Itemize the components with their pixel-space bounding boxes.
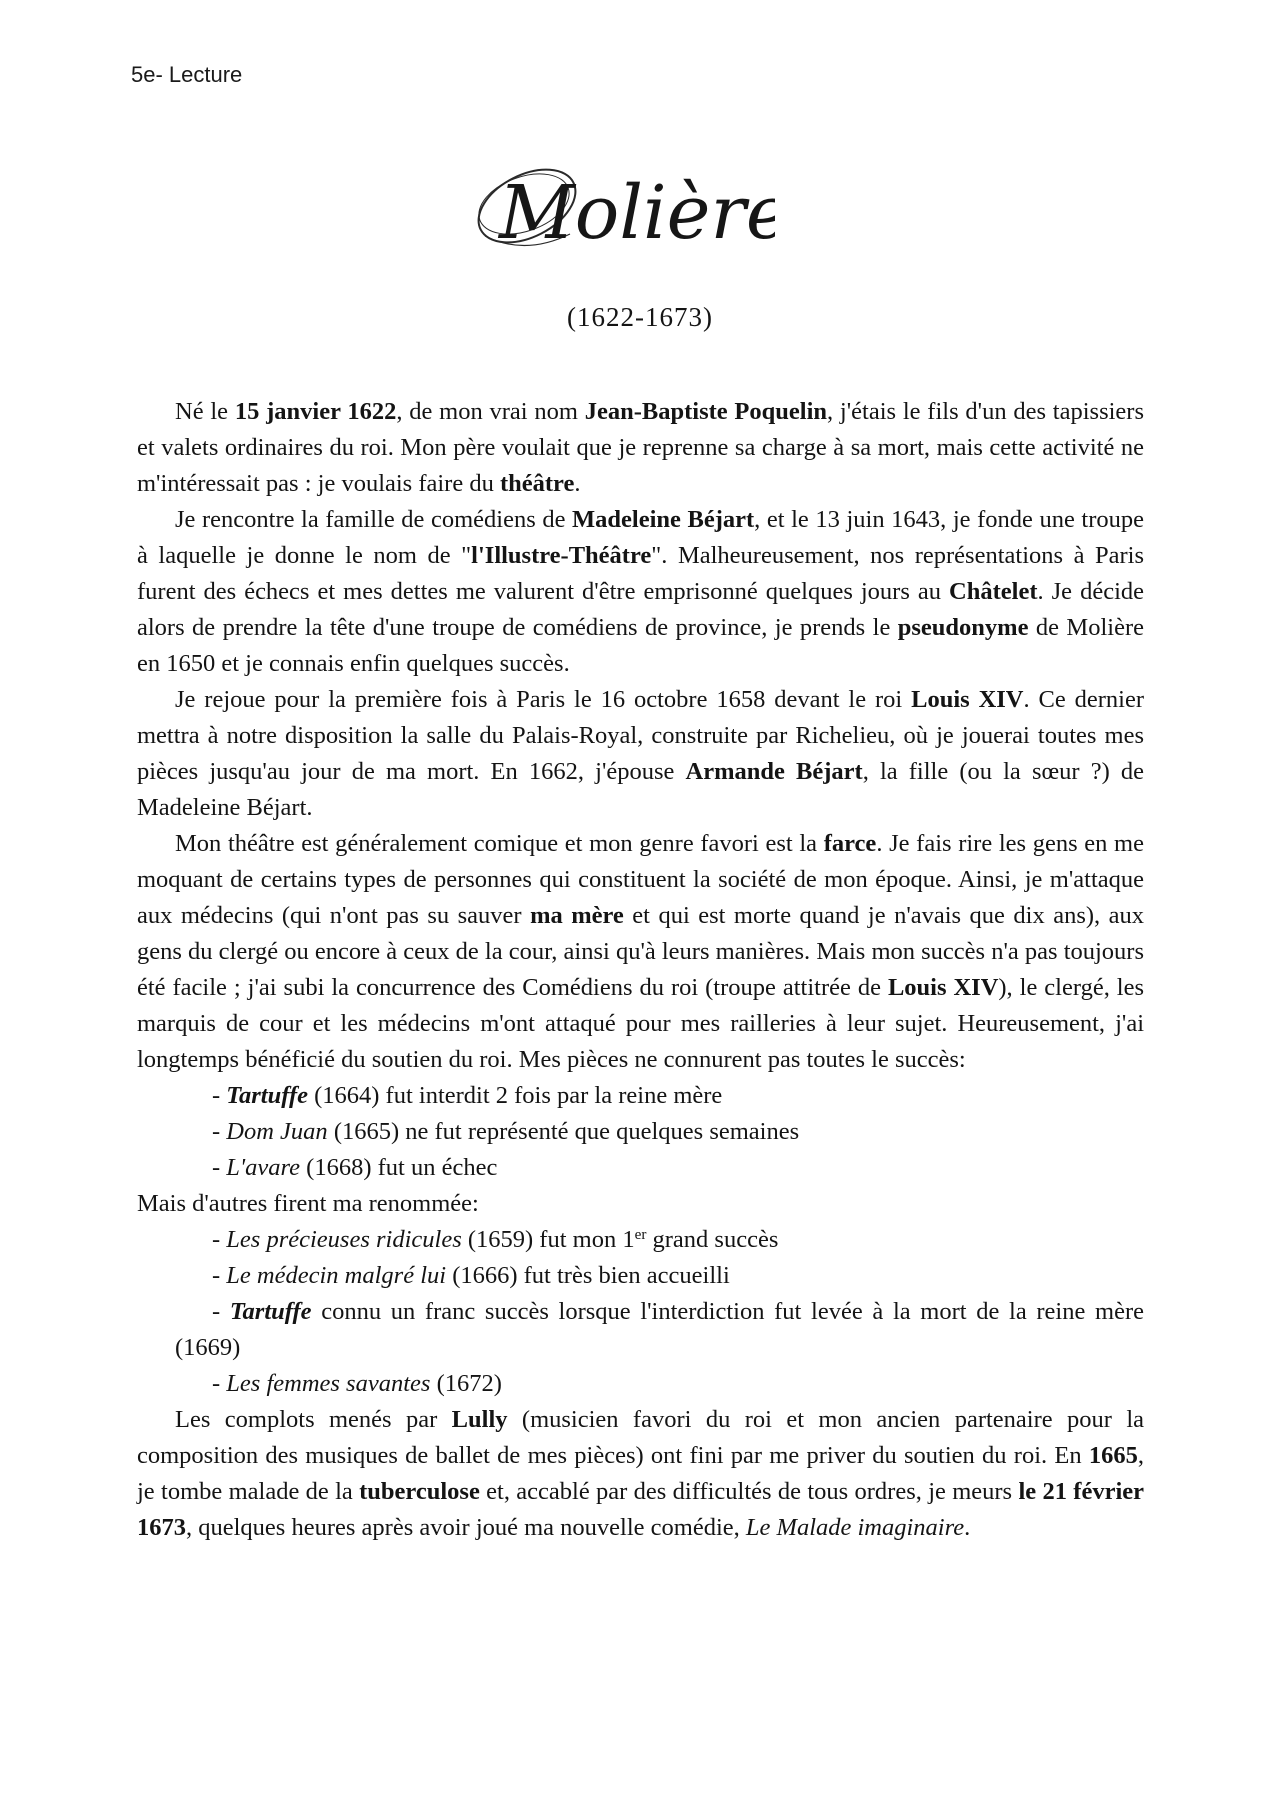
text-run: L'avare — [226, 1154, 300, 1181]
text-run: Le médecin malgré lui — [226, 1262, 446, 1289]
document-page: 5e- Lecture Molière (1622-1673) Né le 15… — [0, 0, 1280, 1811]
text-run: 15 janvier 1622 — [235, 398, 396, 425]
logo-title-text: Molière — [497, 170, 775, 256]
text-run: - — [212, 1226, 226, 1253]
text-run: Louis XIV — [911, 686, 1023, 713]
paragraph: - L'avare (1668) fut un échec — [175, 1150, 1144, 1186]
text-run: Armande Béjart — [686, 758, 863, 785]
paragraph: - Tartuffe (1664) fut interdit 2 fois pa… — [175, 1078, 1144, 1114]
paragraph: Les complots menés par Lully (musicien f… — [137, 1402, 1144, 1546]
text-run: pseudonyme — [898, 614, 1029, 641]
text-run: - — [212, 1082, 226, 1109]
paragraph: - Le médecin malgré lui (1666) fut très … — [175, 1258, 1144, 1294]
text-run: - — [212, 1262, 226, 1289]
text-run: Je rejoue pour la première fois à Paris … — [175, 686, 911, 713]
text-run: 1665 — [1089, 1442, 1138, 1469]
paragraph: Je rejoue pour la première fois à Paris … — [137, 682, 1144, 826]
text-run: Madeleine Béjart — [572, 506, 754, 533]
moliere-signature-logo: Molière — [0, 138, 1280, 283]
text-run: Les femmes savantes — [226, 1370, 430, 1397]
text-run: Mais d'autres firent ma renommée: — [137, 1190, 479, 1217]
text-run: Dom Juan — [226, 1118, 327, 1145]
paragraph: Né le 15 janvier 1622, de mon vrai nom J… — [137, 394, 1144, 502]
paragraph: - Les femmes savantes (1672) — [175, 1366, 1144, 1402]
text-run: Je rencontre la famille de comédiens de — [175, 506, 572, 533]
text-run: - — [212, 1370, 226, 1397]
page-header-label: 5e- Lecture — [131, 62, 242, 88]
text-run: (1665) ne fut représenté que quelques se… — [328, 1118, 799, 1145]
paragraph: - Dom Juan (1665) ne fut représenté que … — [175, 1114, 1144, 1150]
signature-svg: Molière — [465, 138, 775, 278]
text-run: farce — [824, 830, 877, 857]
paragraph: - Tartuffe connu un franc succès lorsque… — [175, 1294, 1144, 1366]
text-run: Lully — [452, 1406, 508, 1433]
text-run: (1672) — [430, 1370, 501, 1397]
text-run: connu un franc succès lorsque l'interdic… — [175, 1298, 1144, 1361]
text-run: (1664) fut interdit 2 fois par la reine … — [308, 1082, 722, 1109]
text-run: ma mère — [530, 902, 624, 929]
text-run: . — [964, 1514, 970, 1541]
text-run: tuberculose — [359, 1478, 480, 1505]
text-run: Né le — [175, 398, 235, 425]
text-run: grand succès — [646, 1226, 778, 1253]
text-run: théâtre — [500, 470, 574, 497]
text-run: Les précieuses ridicules — [226, 1226, 461, 1253]
text-run: - — [212, 1154, 226, 1181]
text-run: Châtelet — [949, 578, 1037, 605]
paragraph: Je rencontre la famille de comédiens de … — [137, 502, 1144, 682]
text-run: er — [635, 1226, 647, 1243]
text-run: Tartuffe — [226, 1082, 308, 1109]
text-run: (1659) fut mon 1 — [462, 1226, 635, 1253]
text-run: (1668) fut un échec — [300, 1154, 497, 1181]
text-run: Jean-Baptiste Poquelin — [585, 398, 827, 425]
text-run: l'Illustre-Théâtre — [471, 542, 651, 569]
text-run: Mon théâtre est généralement comique et … — [175, 830, 824, 857]
text-run: , quelques heures après avoir joué ma no… — [186, 1514, 746, 1541]
lifespan-dates: (1622-1673) — [0, 302, 1280, 333]
paragraph: Mon théâtre est généralement comique et … — [137, 826, 1144, 1078]
text-run: Louis XIV — [888, 974, 998, 1001]
paragraph: - Les précieuses ridicules (1659) fut mo… — [175, 1222, 1144, 1258]
text-run: Tartuffe — [230, 1298, 312, 1325]
text-run: Les complots menés par — [175, 1406, 452, 1433]
text-run: Le Malade imaginaire — [746, 1514, 964, 1541]
paragraph: Mais d'autres firent ma renommée: — [137, 1186, 1144, 1222]
text-run: et, accablé par des difficultés de tous … — [480, 1478, 1019, 1505]
document-body: Né le 15 janvier 1622, de mon vrai nom J… — [137, 394, 1144, 1546]
text-run: - — [212, 1298, 230, 1325]
text-run: . — [574, 470, 580, 497]
text-run: (1666) fut très bien accueilli — [446, 1262, 730, 1289]
text-run: - — [212, 1118, 226, 1145]
text-run: , de mon vrai nom — [396, 398, 584, 425]
